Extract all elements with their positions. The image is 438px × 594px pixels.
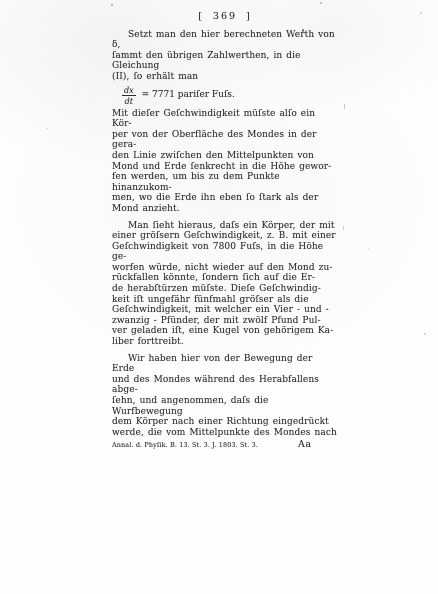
scan-speck [424, 333, 426, 335]
scan-speck [47, 128, 48, 129]
page-footer: Annal. d. Phyſik. B. 13. St. 3. J. 1803.… [112, 440, 338, 451]
scan-speck [344, 104, 345, 109]
scan-speck [368, 248, 369, 249]
paragraph-assumption: Wir haben hier von der Bewegung der Erde… [112, 354, 338, 439]
text-column: [ 369 ] Setzt man den hier berechneten W… [112, 12, 338, 451]
fraction-numerator: dx [122, 86, 136, 97]
scan-speck [343, 226, 344, 230]
paragraph-velocity: Mit dieſer Geſchwindigkeit müſste alſo e… [112, 109, 338, 215]
scanned-book-page: [ 369 ] Setzt man den hier berechneten W… [0, 0, 438, 594]
scan-speck [320, 2, 322, 4]
equation: dx dt = 7771 pariſer Fuſs. [122, 86, 338, 106]
sheet-signature: Aa [298, 440, 312, 451]
equation-result: = 7771 pariſer Fuſs. [142, 90, 235, 101]
scan-speck [111, 4, 113, 6]
scan-speck [420, 12, 422, 14]
paragraph-intro: Setzt man den hier berechneten Werth von… [112, 30, 338, 83]
page-number: [ 369 ] [112, 12, 338, 23]
journal-citation: Annal. d. Phyſik. B. 13. St. 3. J. 1803.… [112, 440, 258, 451]
fraction-denominator: dt [123, 96, 135, 106]
paragraph-comparison: Man ſieht hieraus, daſs ein Körper, der … [112, 221, 338, 348]
derivative-fraction: dx dt [122, 86, 136, 106]
